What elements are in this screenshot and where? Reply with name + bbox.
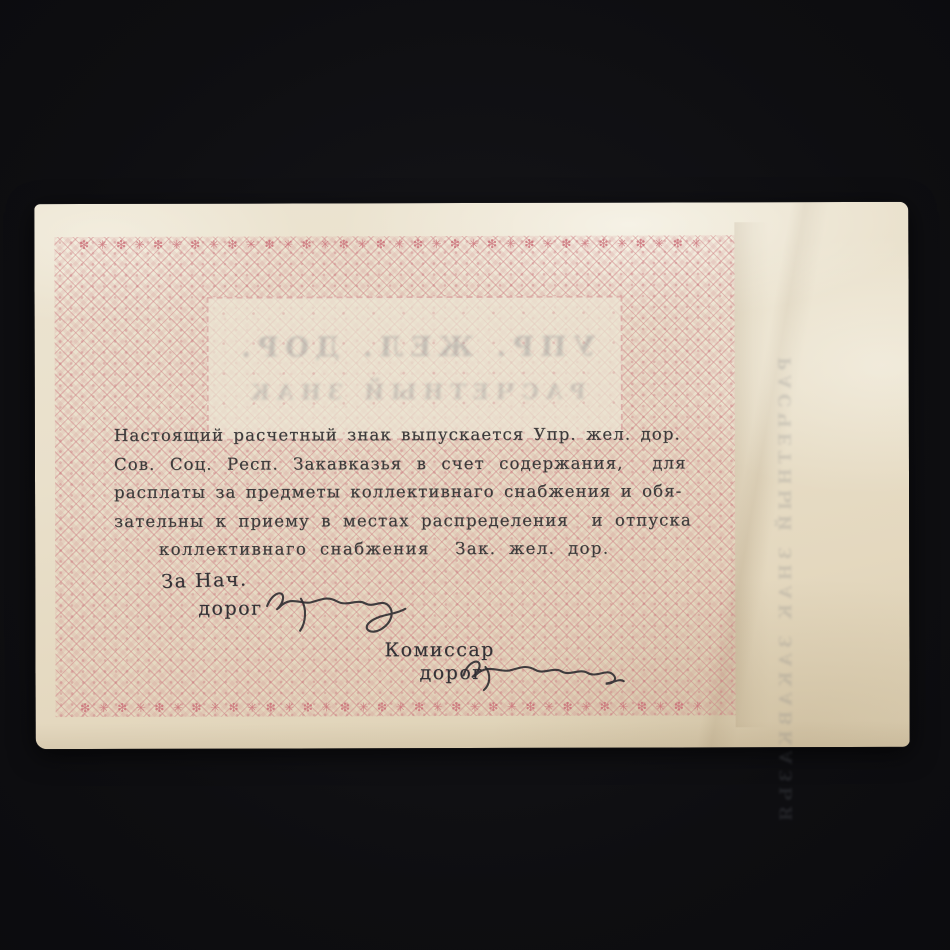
ghost-text-line: УПР. ЖЕЛ. ДОР. bbox=[234, 332, 596, 364]
bleedthrough-panel: УПР. ЖЕЛ. ДОР. РАСЧЕТНЫЙ ЗНАК bbox=[207, 296, 623, 441]
ornament-border-top bbox=[54, 236, 734, 253]
note-text-line: коллективнаго снабжения Зак. жел. дор. bbox=[114, 535, 654, 565]
note-paragraph: Настоящий расчетный знак выпускается Упр… bbox=[114, 421, 654, 565]
photo-backdrop: УПР. ЖЕЛ. ДОР. РАСЧЕТНЫЙ ЗНАК РАСЧЕТНЫЙ … bbox=[0, 0, 950, 950]
paper-fold-shadow bbox=[734, 222, 769, 727]
note-text-line: Настоящий расчетный знак выпускается Упр… bbox=[114, 421, 654, 451]
note-text-line: зательны к приему в местах распределения… bbox=[114, 506, 654, 536]
paper-edge-shade bbox=[36, 721, 910, 749]
signature-ink-right bbox=[455, 642, 631, 700]
signature-ink-left bbox=[256, 574, 418, 646]
note-text-line: Сов. Соц. Респ. Закавказья в счет содерж… bbox=[114, 449, 654, 479]
ghost-side-text: РАСЧЕТНЫЙ ЗНАК ЗАКАВКАЗЬЯ bbox=[776, 357, 817, 687]
signatory-left-subtitle: дорог bbox=[198, 598, 262, 620]
signatory-left-title: За Нач. bbox=[161, 568, 248, 592]
banknote: УПР. ЖЕЛ. ДОР. РАСЧЕТНЫЙ ЗНАК РАСЧЕТНЫЙ … bbox=[34, 202, 909, 749]
note-text-line: расплаты за предметы коллективнаго снабж… bbox=[114, 478, 654, 508]
ornament-border-bottom bbox=[56, 699, 736, 716]
ghost-text-line: РАСЧЕТНЫЙ ЗНАК bbox=[243, 379, 586, 405]
